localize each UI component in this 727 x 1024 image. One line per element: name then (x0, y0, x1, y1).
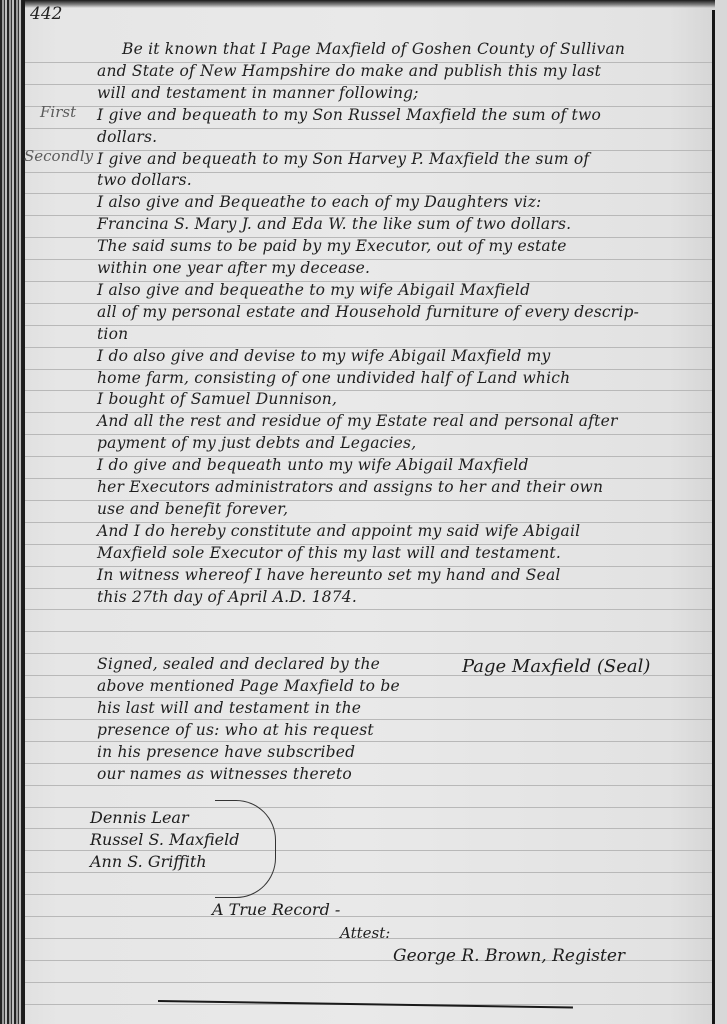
ruled-line (25, 872, 712, 873)
will-text-line: Maxfield sole Executor of this my last w… (97, 544, 561, 562)
will-text-line: I give and bequeath to my Son Russel Max… (97, 106, 601, 124)
will-text-line: In witness whereof I have hereunto set m… (97, 566, 561, 584)
will-text-line: payment of my just debts and Legacies, (97, 434, 416, 452)
will-text-line: this 27th day of April A.D. 1874. (97, 588, 357, 606)
register-signature: George R. Brown, Register (393, 946, 625, 966)
margin-note-secondly: Secondly (24, 147, 93, 165)
attestation-line: his last will and testament in the (97, 699, 361, 717)
witness-signature: Ann S. Griffith (90, 852, 207, 871)
attestation-line: our names as witnesses thereto (97, 765, 352, 783)
witness-brace (215, 800, 276, 898)
will-text-line: will and testament in manner following; (97, 84, 419, 102)
ledger-page: 442 First Secondly Be it known that I Pa… (0, 0, 727, 1024)
attestation-line: in his presence have subscribed (97, 743, 355, 761)
will-text-line: two dollars. (97, 171, 192, 189)
attestation-line: presence of us: who at his request (97, 721, 374, 739)
will-text-line: I also give and bequeathe to my wife Abi… (97, 281, 530, 299)
will-text-line: home farm, consisting of one undivided h… (97, 369, 570, 387)
attestation-line: above mentioned Page Maxfield to be (97, 677, 400, 695)
will-text-line: I do give and bequeath unto my wife Abig… (97, 456, 529, 474)
ruled-line (25, 785, 712, 786)
will-text-line: And all the rest and residue of my Estat… (97, 412, 618, 430)
will-text-line: I give and bequeath to my Son Harvey P. … (97, 150, 589, 168)
will-text-line: I also give and Bequeathe to each of my … (97, 193, 541, 211)
will-text-line: within one year after my decease. (97, 259, 370, 277)
will-text-line: The said sums to be paid by my Executor,… (97, 237, 567, 255)
will-text-line: And I do hereby constitute and appoint m… (97, 522, 580, 540)
ruled-line (25, 828, 712, 829)
testator-signature: Page Maxfield (Seal) (462, 656, 650, 677)
will-text-line: I do also give and devise to my wife Abi… (97, 347, 551, 365)
will-text-line: all of my personal estate and Household … (97, 303, 639, 321)
ruled-line (25, 982, 712, 983)
page-top-shadow (0, 0, 727, 8)
will-text-line: Be it known that I Page Maxfield of Gosh… (122, 40, 625, 58)
adjacent-page-edge (715, 0, 727, 1024)
book-binding (0, 0, 24, 1024)
will-text-line: dollars. (97, 128, 157, 146)
ruled-line (25, 741, 712, 742)
ruled-line (25, 631, 712, 632)
ruled-line (25, 916, 712, 917)
ruled-line (25, 697, 712, 698)
ruled-line (25, 763, 712, 764)
will-text-line: Francina S. Mary J. and Eda W. the like … (97, 215, 571, 233)
will-text-line: and State of New Hampshire do make and p… (97, 62, 601, 80)
ruled-line (25, 609, 712, 610)
witness-signature: Dennis Lear (90, 808, 189, 827)
attest-label: Attest: (340, 924, 390, 942)
attestation-line: Signed, sealed and declared by the (97, 655, 380, 673)
will-text-line: I bought of Samuel Dunnison, (97, 390, 337, 408)
page-number: 442 (30, 4, 62, 24)
ruled-line (25, 894, 712, 895)
ruled-line (25, 719, 712, 720)
true-record-note: A True Record - (212, 900, 340, 919)
will-text-line: tion (97, 325, 128, 343)
ruled-line (25, 850, 712, 851)
ruled-line (25, 653, 712, 654)
margin-note-first: First (40, 103, 76, 121)
will-text-line: her Executors administrators and assigns… (97, 478, 603, 496)
will-text-line: use and benefit forever, (97, 500, 288, 518)
